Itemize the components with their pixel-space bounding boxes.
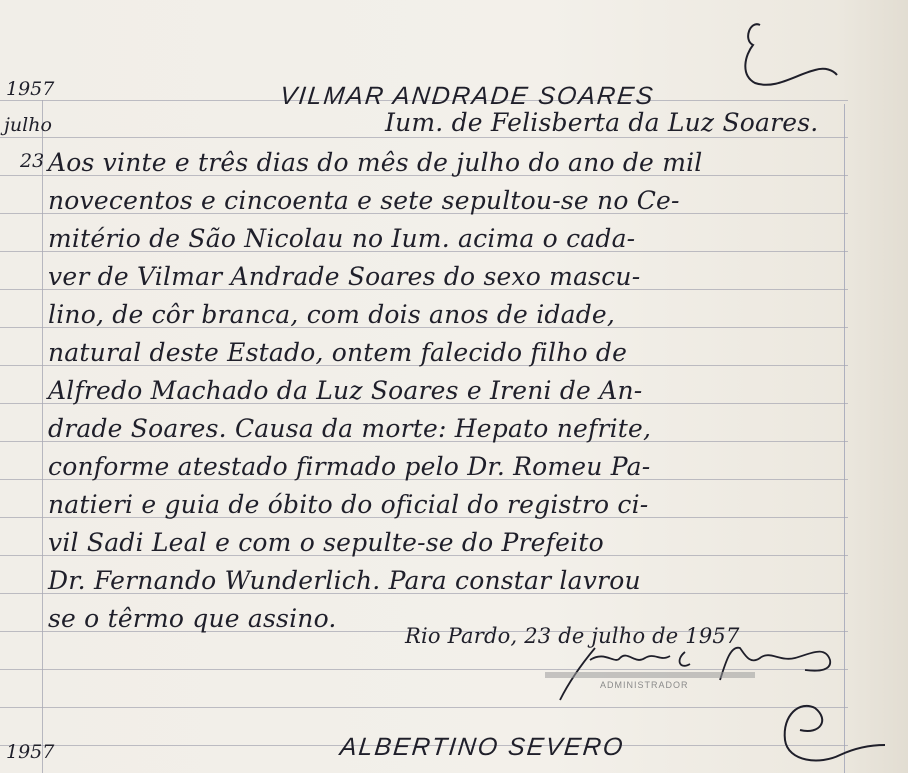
body-line: Dr. Fernando Wunderlich. Para constar la… (48, 566, 641, 595)
margin-month: julho (4, 114, 52, 136)
body-line: drade Soares. Causa da morte: Hepato nef… (48, 414, 651, 443)
stamp-text: ADMINISTRADOR (600, 680, 689, 690)
body-line: ver de Vilmar Andrade Soares do sexo mas… (48, 262, 640, 291)
entry-1-subtitle: Ium. de Felisberta da Luz Soares. (385, 108, 818, 137)
entry-1-title: VILMAR ANDRADE SOARES (278, 82, 656, 111)
stamp-bar (545, 672, 755, 678)
ruled-line (0, 137, 848, 138)
margin-line (42, 100, 43, 773)
body-line: Aos vinte e três dias do mês de julho do… (48, 148, 703, 177)
entry-2-title: ALBERTINO SEVERO (338, 733, 625, 762)
body-line: Alfredo Machado da Luz Soares e Ireni de… (48, 376, 642, 405)
register-page: 1957 julho 23 VILMAR ANDRADE SOARES Ium.… (0, 0, 908, 773)
body-line: vil Sadi Leal e com o sepulte-se do Pref… (48, 528, 604, 557)
body-line: conforme atestado firmado pelo Dr. Romeu… (48, 452, 650, 481)
body-line: novecentos e cincoenta e sete sepultou-s… (48, 186, 680, 215)
body-line: mitério de São Nicolau no Ium. acima o c… (48, 224, 635, 253)
margin-day: 23 (20, 150, 44, 172)
body-line: lino, de côr branca, com dois anos de id… (48, 300, 615, 329)
body-line: se o têrmo que assino. (48, 604, 337, 633)
body-line: natural deste Estado, ontem falecido fil… (48, 338, 627, 367)
body-line: natieri e guia de óbito do oficial do re… (48, 490, 648, 519)
entry-2-check-mark (760, 700, 900, 770)
corner-check-mark (725, 15, 855, 95)
entry-2-margin-year: 1957 (6, 741, 54, 763)
margin-year: 1957 (6, 78, 54, 100)
